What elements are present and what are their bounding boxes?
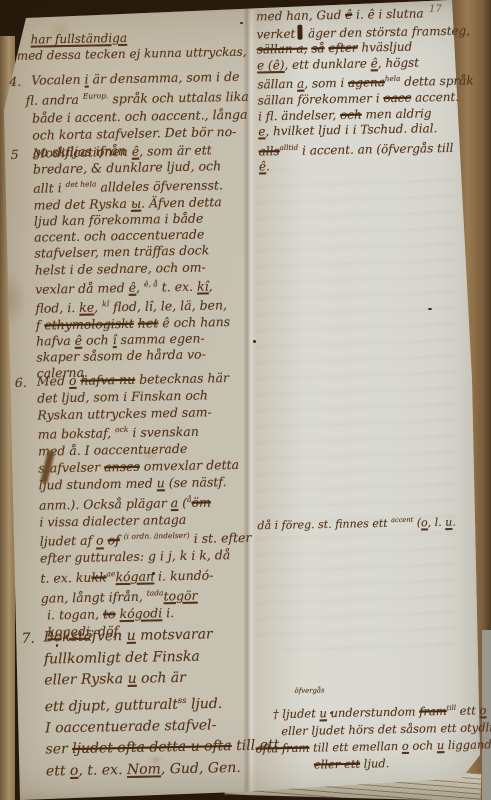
handwriting-text: liggande — [444, 737, 491, 752]
handwriting-text: till ett emellan — [309, 739, 402, 755]
item-number: 6. — [15, 375, 27, 392]
handwriting-text: med dessa tecken ej kunna uttryckas, — [17, 45, 247, 63]
item-number: 7. — [21, 629, 35, 651]
handwriting-text: , t. ex. — [78, 762, 127, 779]
item-number: 5 — [11, 147, 19, 163]
handwriting-text: het — [138, 315, 159, 330]
handwriting-text: ae — [106, 569, 115, 578]
handwriting-text: i. togan, — [47, 607, 103, 623]
marginal-note-top: har fullständigamed dessa tecken ej kunn… — [16, 28, 246, 64]
handwriting-text: samma egen- — [116, 330, 204, 347]
manuscript-item-5: 5Modificationen ê, som är ettbredare, & … — [32, 142, 231, 382]
handwriting-text: öm — [191, 494, 211, 509]
handwriting-text: kógan — [115, 569, 154, 585]
marginal-note-middle-right: då i föreg. st. finnes ett accent (o, l.… — [257, 512, 456, 533]
handwriting-layer: har fullständigamed dessa tecken ej kunn… — [0, 0, 491, 800]
handwriting-text: anses — [104, 459, 140, 475]
handwriting-text: alls — [259, 144, 280, 158]
handwriting-text: , hvilket ljud i i Tschud. dial. — [265, 121, 437, 138]
handwriting-text: sällan a, — [257, 42, 308, 57]
handwriting-text: ofta fram — [255, 740, 309, 755]
handwriting-text: togör — [163, 588, 197, 604]
handwriting-text: eller ljudet hörs det såsom ett otydligt… — [281, 720, 491, 738]
handwriting-text: ljud. — [360, 756, 390, 771]
ink-blot — [297, 24, 302, 39]
handwriting-text: ett — [46, 763, 70, 779]
handwriting-text: Nom — [127, 761, 161, 778]
handwriting-text: hafva nu — [80, 372, 135, 388]
handwriting-text: oacc — [383, 91, 411, 106]
handwriting-text: of — [107, 533, 119, 548]
right-column-continuation: med han, Gud ê i. ê i slutnaverket äger … — [256, 6, 475, 176]
handwriting-text: . — [266, 160, 270, 174]
handwriting-text: f — [36, 317, 45, 332]
handwriting-text: accent. och oaccentuerade — [34, 227, 204, 245]
handwriting-text: i st. efter — [190, 530, 252, 546]
ink-speck — [56, 644, 58, 647]
handwriting-text: i accent. an (öfvergås till — [298, 141, 453, 158]
handwriting-text: med han, Gud — [256, 8, 345, 24]
handwriting-text: i. — [162, 605, 174, 620]
handwriting-line: ett o, t. ex. Nom, Gud, Gen. — [46, 757, 280, 783]
handwriting-text: och korta stafvelser. Det bör no- — [32, 124, 236, 143]
handwriting-text: kógodi — [119, 605, 162, 621]
ink-speck — [428, 308, 432, 310]
marginal-note-bottom-right: öfvergås† ljudet u understundom framtill… — [272, 679, 491, 774]
handwriting-text: och — [409, 738, 437, 753]
handwriting-text: Bokstäfven — [43, 628, 126, 646]
handwriting-text: omvexlar detta — [140, 457, 239, 474]
handwriting-text: detta språk — [400, 74, 473, 89]
handwriting-text: med å. I oaccentuerade — [38, 441, 188, 459]
handwriting-text: † ljudet — [273, 706, 320, 721]
handwriting-text: efter gutturales: g i j, k i k, då — [40, 547, 230, 565]
handwriting-text: till — [447, 704, 457, 712]
handwriting-text: ê, å — [144, 279, 158, 288]
handwriting-text: ljud kan förekomma i både — [34, 210, 204, 228]
handwriting-text: ett djupt, gutturalt — [45, 696, 178, 714]
handwriting-text: t. ex. ku — [40, 570, 91, 586]
handwriting-text: , ett dunklare — [284, 56, 370, 72]
handwriting-text: hväsljud — [357, 40, 412, 55]
handwriting-text: o — [69, 373, 77, 388]
handwriting-line: ser ljudet ofta detta u ofta till ett — [45, 735, 279, 761]
handwriting-text: , — [208, 278, 212, 293]
manuscript-photo: 17 har fullständigamed dessa tecken ej k… — [0, 0, 491, 800]
handwriting-text: ock — [115, 425, 128, 434]
handwriting-line: då i föreg. st. finnes ett accent (o, l.… — [257, 512, 456, 533]
handwriting-text: , l. — [428, 516, 446, 529]
handwriting-text: men aldrig — [362, 106, 432, 121]
handwriting-text: Modificationen — [32, 144, 131, 161]
handwriting-text: Europ. — [83, 91, 109, 100]
handwriting-text: ê och hans — [158, 314, 230, 330]
handwriting-text: skaper såsom de hårda vo- — [36, 346, 206, 364]
handwriting-text: . — [452, 516, 456, 529]
handwriting-text: allt i — [33, 181, 66, 197]
handwriting-text: ljud stundom med — [39, 475, 157, 492]
handwriting-text: eller Ryska — [44, 671, 128, 689]
handwriting-text: verket — [256, 26, 295, 41]
handwriting-text: , högst — [378, 55, 419, 70]
handwriting-text: tada — [147, 588, 164, 597]
handwriting-text: accent. — [411, 90, 459, 105]
handwriting-text: och — [82, 332, 113, 348]
handwriting-text: (i ordn. ändelser) — [124, 531, 190, 541]
handwriting-text: äger den största framsteg, — [304, 23, 470, 40]
ink-speck — [152, 572, 155, 575]
ink-speck — [240, 22, 243, 24]
handwriting-text: hafva — [36, 333, 75, 349]
handwriting-text: Ryskan uttryckes med sam- — [37, 404, 212, 422]
handwriting-text: ser — [45, 741, 72, 757]
handwriting-text: då i föreg. st. finnes ett — [257, 517, 391, 532]
handwriting-text: ljud. — [186, 695, 222, 712]
handwriting-text: alltid — [279, 142, 298, 151]
handwriting-text: stafvelser, men träffas dock — [34, 243, 209, 261]
handwriting-text: helst i de sednare, och om- — [35, 259, 206, 277]
item-number: 4. — [9, 73, 21, 90]
handwriting-text: så — [311, 41, 325, 55]
handwriting-line: eller ett ljud. — [314, 753, 491, 774]
handwriting-text: språk och uttalas lika — [108, 89, 249, 107]
handwriting-text: I oaccentuerade stafvel- — [45, 717, 216, 736]
handwriting-text: i. ê i slutna — [352, 6, 424, 21]
handwriting-text: Med — [37, 373, 69, 389]
handwriting-text: och är — [137, 670, 187, 687]
handwriting-text: accent — [391, 516, 413, 524]
handwriting-line: med dessa tecken ej kunna uttryckas, — [17, 44, 247, 64]
handwriting-text: o — [96, 533, 104, 548]
handwriting-text: är densamma, som i de — [88, 69, 239, 87]
handwriting-text: , som är ett — [139, 142, 212, 158]
handwriting-text: fram — [419, 704, 447, 719]
handwriting-text: to — [103, 606, 116, 621]
handwriting-text: kk — [91, 570, 106, 585]
handwriting-text: öfvergås — [294, 686, 324, 695]
handwriting-text: betecknas här — [135, 370, 229, 387]
manuscript-item-7: 7.Bokstäfven u motsvararfullkomligt det … — [43, 623, 279, 782]
handwriting-text: kî — [197, 278, 209, 293]
handwriting-text: fullkomligt det Finska — [44, 648, 200, 667]
handwriting-text: i fl. ändelser, — [258, 108, 340, 124]
handwriting-text: sällan förekommer i — [258, 91, 384, 107]
handwriting-text: , — [94, 300, 102, 315]
handwriting-text: det hela — [66, 180, 97, 190]
handwriting-text: ma bokstaf, — [38, 426, 116, 442]
handwriting-text: . Äfven detta — [141, 194, 222, 210]
handwriting-text: ( — [413, 516, 421, 529]
handwriting-text: i vissa dialecter antaga — [39, 512, 186, 530]
handwriting-text: alldeles öfverensst. — [96, 178, 223, 195]
handwriting-text: sällan — [257, 77, 297, 92]
handwriting-text: fl. andra — [26, 92, 83, 108]
handwriting-text: ke — [79, 300, 94, 315]
handwriting-text: ss — [178, 694, 187, 704]
handwriting-text: ljudet ofta detta u ofta — [72, 738, 232, 757]
handwriting-text: bredare, & dunklare ljud, och — [33, 158, 221, 176]
ink-speck — [330, 712, 332, 714]
handwriting-text: gan, långt ifrån, — [41, 589, 147, 606]
handwriting-text: anm.). Också plägar — [39, 495, 171, 512]
handwriting-text: med det Ryska — [33, 196, 131, 213]
handwriting-text: vexlar då med — [35, 280, 129, 297]
handwriting-text: t. ex. — [158, 279, 198, 295]
handwriting-text: har fullständiga — [30, 31, 127, 47]
handwriting-text: ljudet af — [40, 533, 97, 549]
handwriting-text: ett — [456, 703, 480, 717]
handwriting-text: , som i — [304, 76, 348, 91]
handwriting-text: efter — [328, 41, 357, 56]
handwriting-text: o — [479, 703, 486, 717]
handwriting-text: Vocalen — [31, 72, 85, 88]
handwriting-text: (se nästf. — [165, 474, 227, 490]
handwriting-text: agena — [348, 76, 385, 91]
handwriting-text: e (ê) — [257, 58, 285, 72]
handwriting-text: ethymologiskt — [44, 315, 134, 332]
handwriting-text: understundom — [327, 704, 420, 720]
handwriting-text: flod, lî, le, lä, ben, — [109, 297, 227, 314]
handwriting-text: , — [136, 280, 144, 295]
handwriting-text: eller ett — [314, 756, 360, 771]
handwriting-text: ( — [178, 495, 187, 510]
handwriting-text: flod, i. — [35, 300, 79, 316]
handwriting-text: , Gud, Gen. — [161, 760, 241, 777]
manuscript-item-6: 6.Med o hafva nu betecknas härdet ljud, … — [37, 370, 254, 642]
handwriting-text: och — [340, 107, 362, 121]
handwriting-text: det ljud, som i Finskan och — [37, 387, 208, 405]
ink-speck — [253, 340, 256, 343]
handwriting-text: i svenskan — [128, 424, 199, 440]
handwriting-text: hela — [385, 74, 401, 83]
handwriting-text: i. kundó- — [154, 568, 214, 584]
handwriting-text: motsvarar — [136, 626, 213, 643]
